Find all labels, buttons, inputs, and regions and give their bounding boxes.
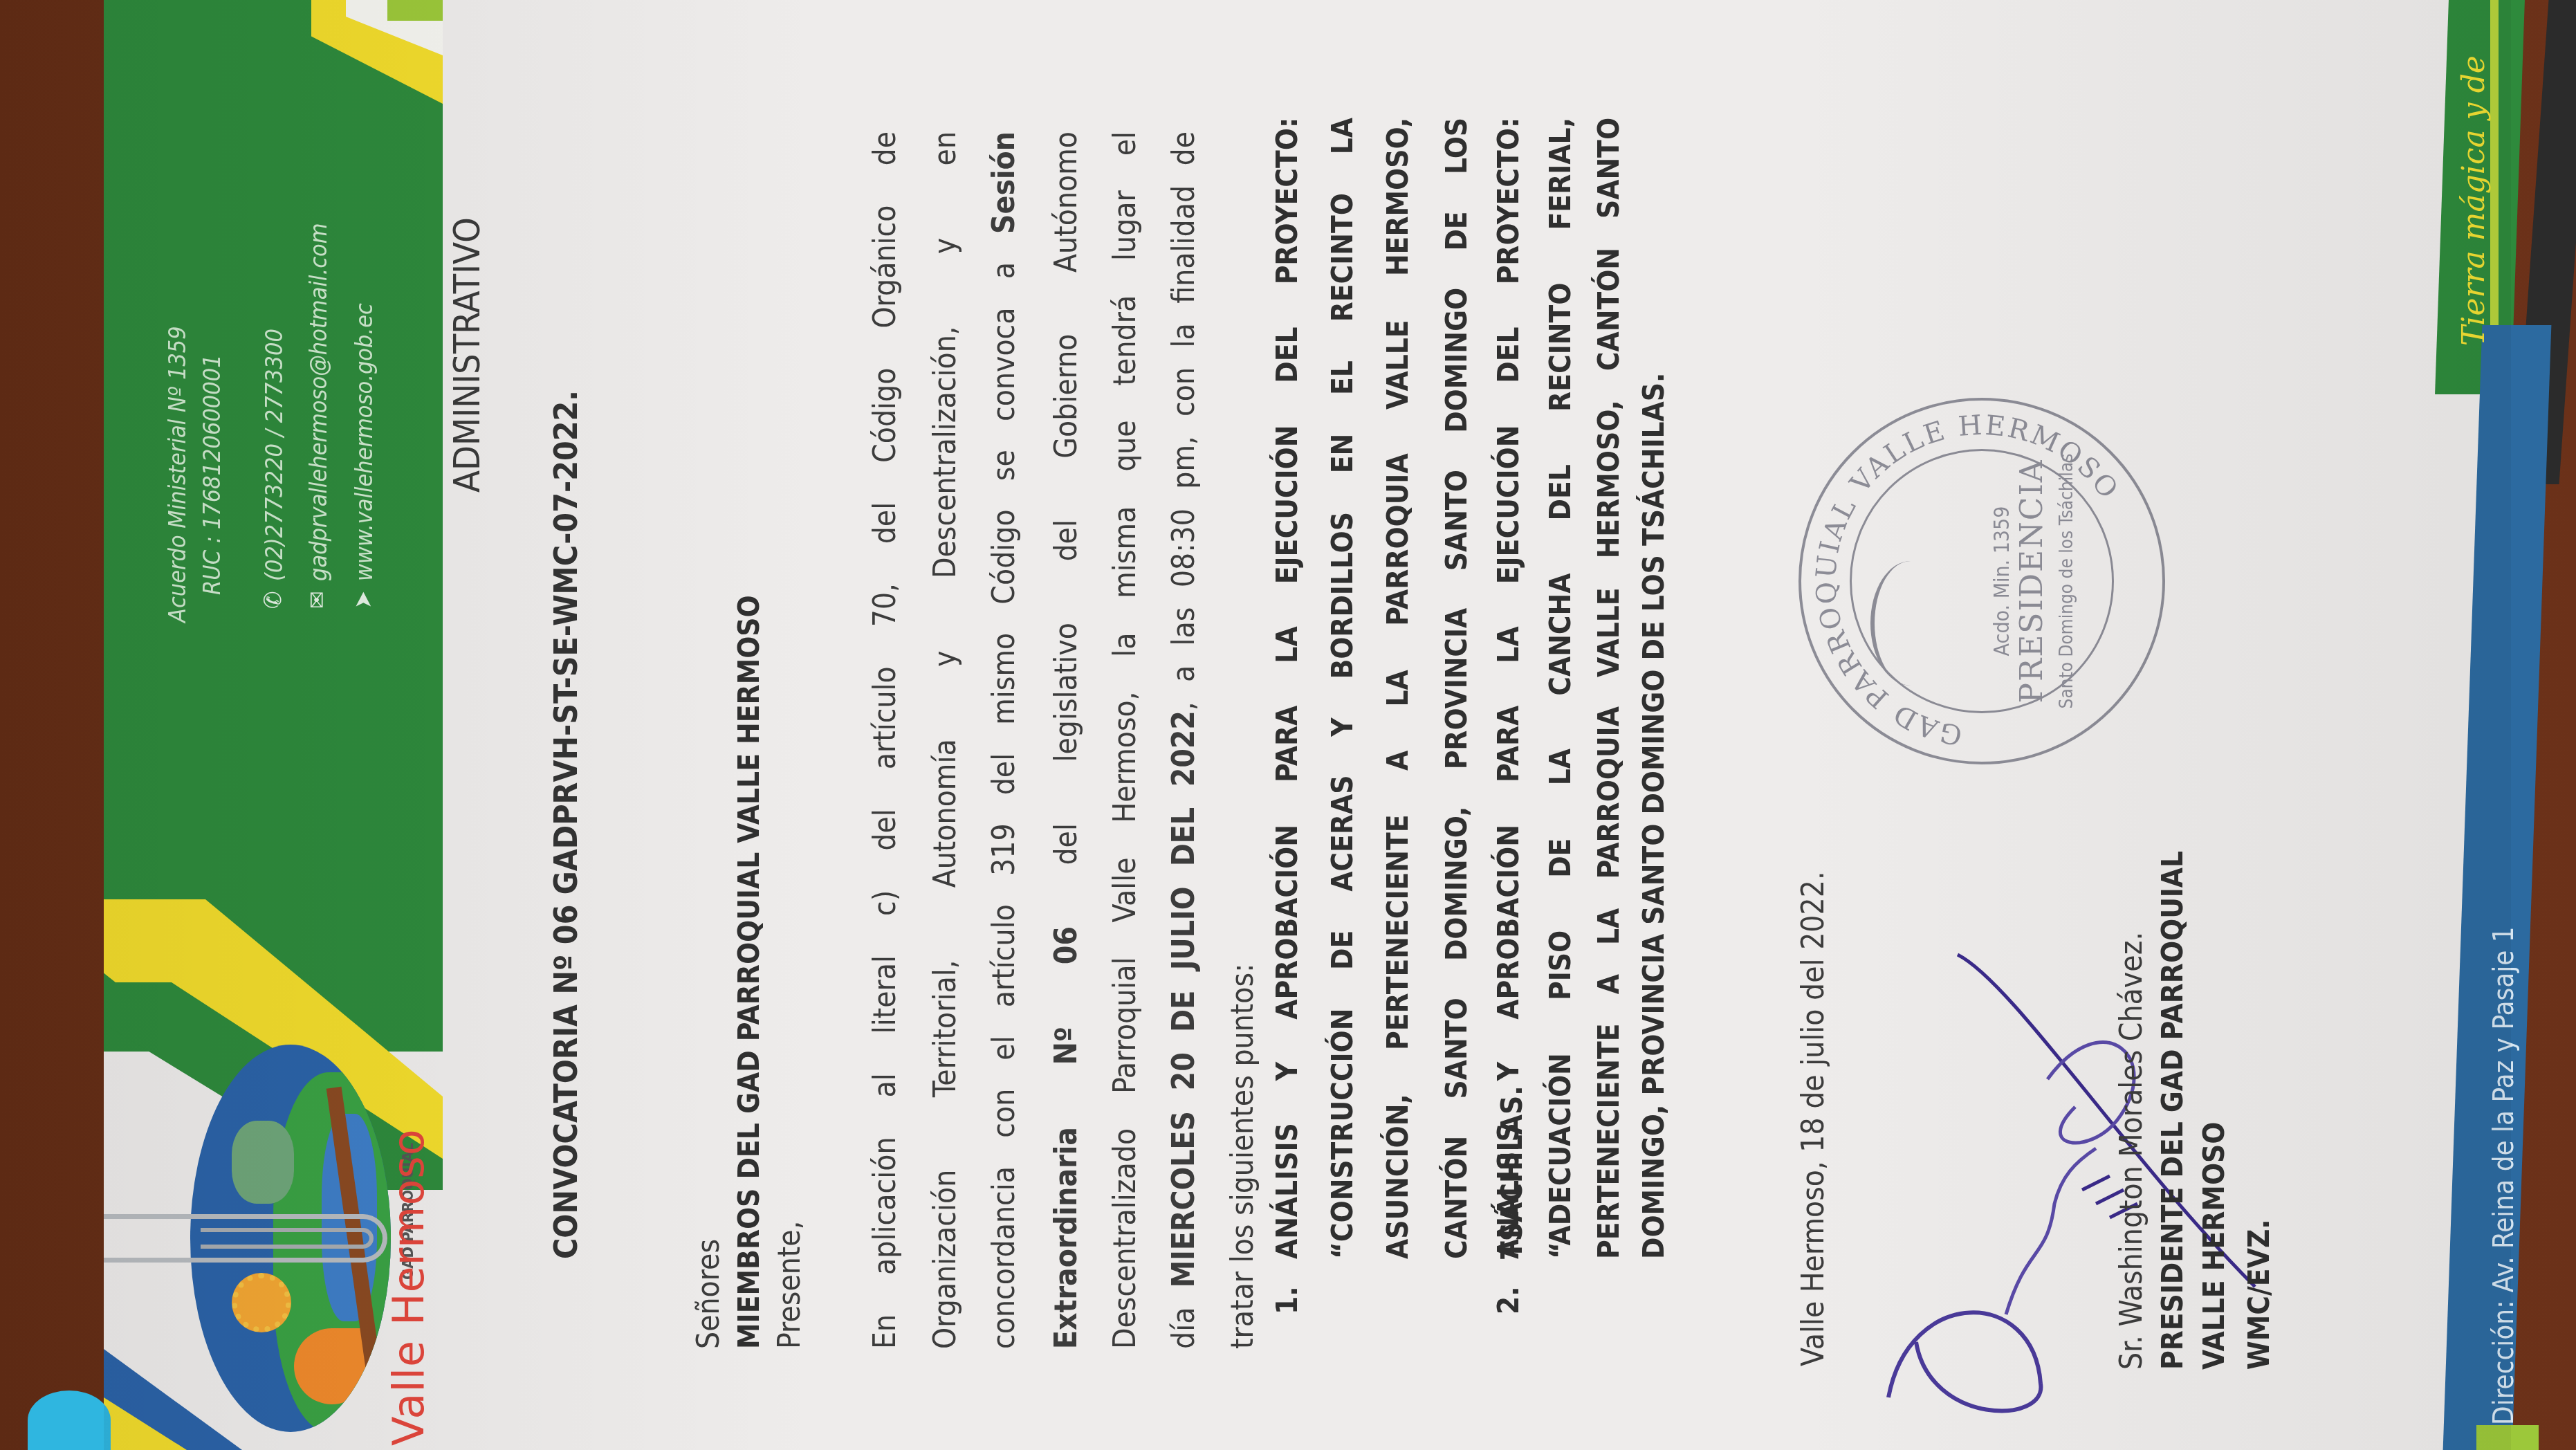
- paragraph-line: día MIERCOLES 20 DE JULIO DEL 2022, a la…: [1169, 131, 1199, 1349]
- bold-text: Extraordinaria Nº 06: [1049, 926, 1084, 1349]
- logo-flower-icon: [294, 1328, 370, 1404]
- footer-lime-block: [2476, 1425, 2539, 1450]
- date-line: Valle Hermoso, 18 de julio del 2022.: [1798, 872, 1829, 1366]
- signer-title-line-1: PRESIDENTE DEL GAD PARROQUIAL: [2158, 851, 2187, 1370]
- agenda-line: ANÁLISIS Y APROBACIÓN PARA LA EJECUCIÓN …: [1273, 118, 1302, 1259]
- text: , a las 08:30 pm, con la finalidad de: [1166, 131, 1202, 710]
- logo-brand-name: Valle Hermoso: [387, 1128, 430, 1446]
- phone-numbers: (02)2773220 / 2773300: [263, 329, 286, 581]
- salutation: Señores: [694, 1239, 724, 1349]
- signer-title-line-2: VALLE HERMOSO: [2200, 1122, 2229, 1370]
- agenda-line: CANTÓN SANTO DOMINGO, PROVINCIA SANTO DO…: [1442, 118, 1471, 1259]
- text: concordancia con el artículo 319 del mis…: [986, 234, 1022, 1349]
- cyan-object: [28, 1391, 111, 1450]
- presente: Presente,: [775, 1221, 805, 1349]
- paragraph-line: Extraordinaria Nº 06 del legislativo del…: [1051, 131, 1082, 1349]
- paragraph-line: Descentralizado Parroquial Valle Hermoso…: [1110, 131, 1141, 1349]
- agenda-line: ASUNCIÓN, PERTENECIENTE A LA PARROQUIA V…: [1383, 118, 1413, 1259]
- seal-location: Santo Domingo de los Tsáchilas: [2057, 454, 2077, 709]
- seal-office: PRESIDENCIA: [2014, 459, 2050, 703]
- agenda-number: 1.: [1273, 1286, 1302, 1314]
- bold-text: Sesión: [986, 131, 1022, 234]
- agenda-line: PERTENECIENTE A LA PARROQUIA VALLE HERMO…: [1594, 118, 1623, 1259]
- pointer-icon: ➤: [351, 591, 375, 609]
- logo-tree-icon: [232, 1121, 294, 1204]
- department-heading: ADMINISTRATIVO: [450, 217, 486, 493]
- seal-acuerdo: Acdo. Min. 1359: [1990, 506, 2014, 657]
- email-address: gadprvallehermoso@hotmail.com: [307, 223, 331, 581]
- acuerdo-ministerial: Acuerdo Ministerial Nº 1359: [166, 326, 190, 623]
- website-url: www.vallehermoso.gob.ec: [353, 303, 376, 581]
- recipient: MIEMBROS DEL GAD PARROQUIAL VALLE HERMOS…: [735, 595, 764, 1349]
- official-seal: GAD PARROQUIAL VALLE HERMOSO Acdo. Min. …: [1798, 398, 2165, 764]
- letterhead-stripe-lime: [387, 0, 443, 21]
- signer-name: Sr. Washington Morales Chávez.: [2117, 932, 2147, 1370]
- paragraph-line: concordancia con el artículo 319 del mis…: [989, 131, 1020, 1349]
- logo-sun-icon: [232, 1273, 291, 1332]
- text: Descentralizado Parroquial Valle Hermoso…: [1107, 131, 1143, 1349]
- text: En aplicación al literal c) del artículo…: [867, 131, 903, 1349]
- agenda-number: 2.: [1494, 1286, 1523, 1314]
- text: Organización Territorial, Autonomía y De…: [928, 131, 963, 1349]
- ruc-number: RUC : 1768120600001: [201, 354, 224, 595]
- text: tratar los siguientes puntos:: [1225, 964, 1260, 1349]
- agenda-line: “CONSTRUCCIÓN DE ACERAS Y BORDILLOS EN E…: [1328, 118, 1357, 1259]
- paragraph-line: En aplicación al literal c) del artículo…: [870, 131, 901, 1349]
- bold-text: MIERCOLES 20 DE JULIO DEL 2022: [1166, 710, 1202, 1287]
- agenda-line: “ADECUACIÓN PISO DE LA CANCHA DEL RECINT…: [1546, 118, 1575, 1259]
- paragraph-line: tratar los siguientes puntos:: [1228, 964, 1258, 1349]
- seal-center: Acdo. Min. 1359 PRESIDENCIA Santo Doming…: [1801, 401, 2162, 762]
- footer-address: Dirección: Av. Reina de la Paz y Pasaje …: [2490, 926, 2518, 1425]
- reference-initials: WMC/EVZ.: [2245, 1219, 2274, 1370]
- footer-motto: Tierra mágica y de: [2459, 55, 2490, 346]
- paper-clip-inner: [201, 1228, 374, 1249]
- agenda-line: ANÁLISIS Y APROBACIÓN PARA LA EJECUCIÓN …: [1494, 118, 1523, 1259]
- text: del legislativo del Gobierno Autónomo: [1049, 131, 1084, 926]
- phone-icon: ✆: [261, 591, 285, 609]
- paragraph-line: Organización Territorial, Autonomía y De…: [930, 131, 961, 1349]
- email-icon: ✉: [306, 591, 329, 609]
- text: día: [1166, 1287, 1202, 1349]
- document-title: CONVOCATORIA Nº 06 GADPRVH-ST-SE-WMC-07-…: [550, 390, 582, 1259]
- agenda-line: DOMINGO, PROVINCIA SANTO DOMINGO DE LOS …: [1639, 373, 1668, 1259]
